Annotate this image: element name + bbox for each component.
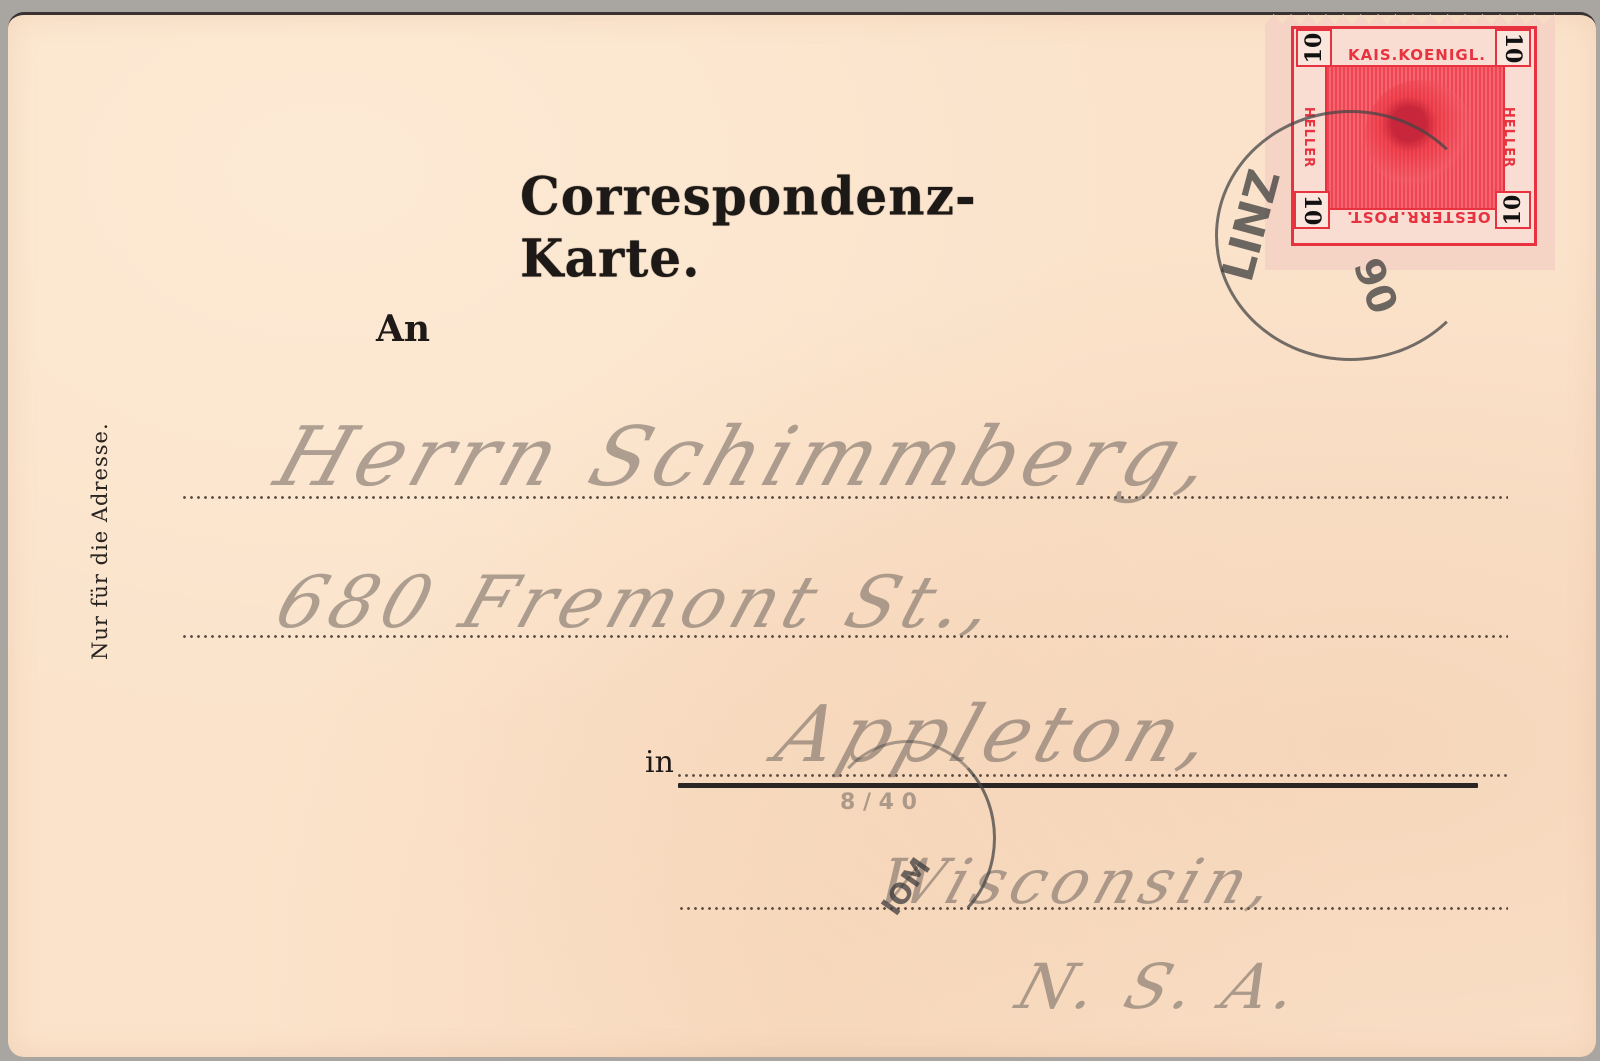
location-prefix-label: in <box>645 745 674 780</box>
handwritten-country: N. S. A. <box>1008 950 1314 1023</box>
handwritten-street: 680 Fremont St., <box>266 560 1010 644</box>
address-only-note: Nur für die Adresse. <box>88 422 112 660</box>
stamp-value-top-right: 10 <box>1495 29 1531 67</box>
arrival-postmark-date: 8 / 4 0 <box>840 790 917 815</box>
stamp-right-band: HELLER <box>1501 107 1516 168</box>
handwritten-city: Appleton, <box>765 690 1229 780</box>
card-title: Correspondenz-Karte. <box>520 165 1140 289</box>
stamp-value-top-left: 10 <box>1296 29 1332 67</box>
stamp-top-band: KAIS.KOENIGL. <box>1348 46 1486 64</box>
address-line-3-solid <box>678 783 1478 788</box>
handwritten-recipient: Herrn Schimmberg, <box>265 410 1231 505</box>
stamp-value-bottom-right: 10 <box>1495 191 1531 229</box>
address-prefix-label: An <box>376 308 430 350</box>
